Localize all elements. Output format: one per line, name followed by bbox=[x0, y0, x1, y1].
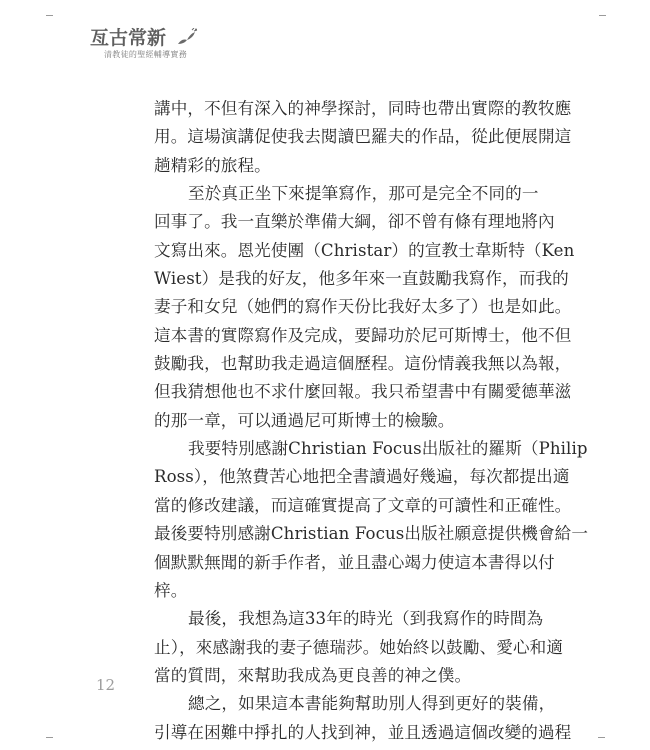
text-line: Wiest）是我的好友，他多年來一直鼓勵我寫作，而我的 bbox=[154, 265, 500, 293]
paragraph-start-line: 至於真正坐下來提筆寫作，那可是完全不同的一 bbox=[154, 180, 500, 208]
paragraph-start-line: 總之，如果這本書能夠幫助別人得到更好的裝備， bbox=[154, 690, 500, 718]
text-line: 妻子和女兒（她們的寫作天份比我好太多了）也是如此。 bbox=[154, 293, 500, 321]
text-line: 鼓勵我，也幫助我走過這個歷程。這份情義我無以為報， bbox=[154, 350, 500, 378]
body-text: 講中，不但有深入的神學探討，同時也帶出實際的教牧應 用。這場演講促使我去閱讀巴羅… bbox=[154, 95, 500, 747]
text-line: 梓。 bbox=[154, 577, 500, 605]
text-line: 文寫出來。恩光使團（Christar）的宣教士韋斯特（Ken bbox=[154, 237, 500, 265]
page-number: 12 bbox=[96, 676, 115, 694]
text-line: 講中，不但有深入的神學探討，同時也帶出實際的教牧應 bbox=[154, 95, 500, 123]
crop-mark-top-right bbox=[599, 15, 606, 16]
text-line: 個默默無聞的新手作者，並且盡心竭力使這本書得以付 bbox=[154, 549, 500, 577]
butterfly-icon bbox=[176, 28, 198, 48]
text-line: 止），來感謝我的妻子德瑞莎。她始終以鼓勵、愛心和適 bbox=[154, 634, 500, 662]
book-subtitle: 清教徒的聖經輔導實務 bbox=[104, 50, 187, 60]
paragraph-start-line: 我要特別感謝Christian Focus出版社的羅斯（Philip bbox=[154, 435, 500, 463]
text-line: 趟精彩的旅程。 bbox=[154, 152, 500, 180]
paragraph-start-line: 最後，我想為這33年的時光（到我寫作的時間為 bbox=[154, 605, 500, 633]
book-header-logo: 亙古常新 清教徒的聖經輔導實務 bbox=[90, 28, 200, 64]
text-line: 最後要特別感謝Christian Focus出版社願意提供機會給一 bbox=[154, 520, 500, 548]
text-line: 回事了。我一直樂於準備大綱，卻不曾有條有理地將內 bbox=[154, 208, 500, 236]
book-title: 亙古常新 bbox=[90, 28, 166, 48]
text-line: Ross），他煞費苦心地把全書讀過好幾遍，每次都提出適 bbox=[154, 463, 500, 491]
text-line: 當的修改建議，而這確實提高了文章的可讀性和正確性。 bbox=[154, 492, 500, 520]
book-page: 亙古常新 清教徒的聖經輔導實務 講中，不但有深入的神學探討，同時也帶出實際的教牧… bbox=[0, 0, 650, 750]
text-line: 的那一章，可以通過尼可斯博士的檢驗。 bbox=[154, 407, 500, 435]
text-line: 這本書的實際寫作及完成，要歸功於尼可斯博士，他不但 bbox=[154, 322, 500, 350]
crop-mark-bottom-left bbox=[46, 737, 53, 738]
text-line: 用。這場演講促使我去閱讀巴羅夫的作品，從此便展開這 bbox=[154, 123, 500, 151]
text-line: 引導在困難中掙扎的人找到神，並且透過這個改變的過程 bbox=[154, 719, 500, 747]
text-line: 當的質問，來幫助我成為更良善的神之僕。 bbox=[154, 662, 500, 690]
text-line: 但我猜想他也不求什麼回報。我只希望書中有關愛德華滋 bbox=[154, 378, 500, 406]
crop-mark-bottom-right bbox=[598, 737, 605, 738]
crop-mark-top-left bbox=[46, 15, 53, 16]
